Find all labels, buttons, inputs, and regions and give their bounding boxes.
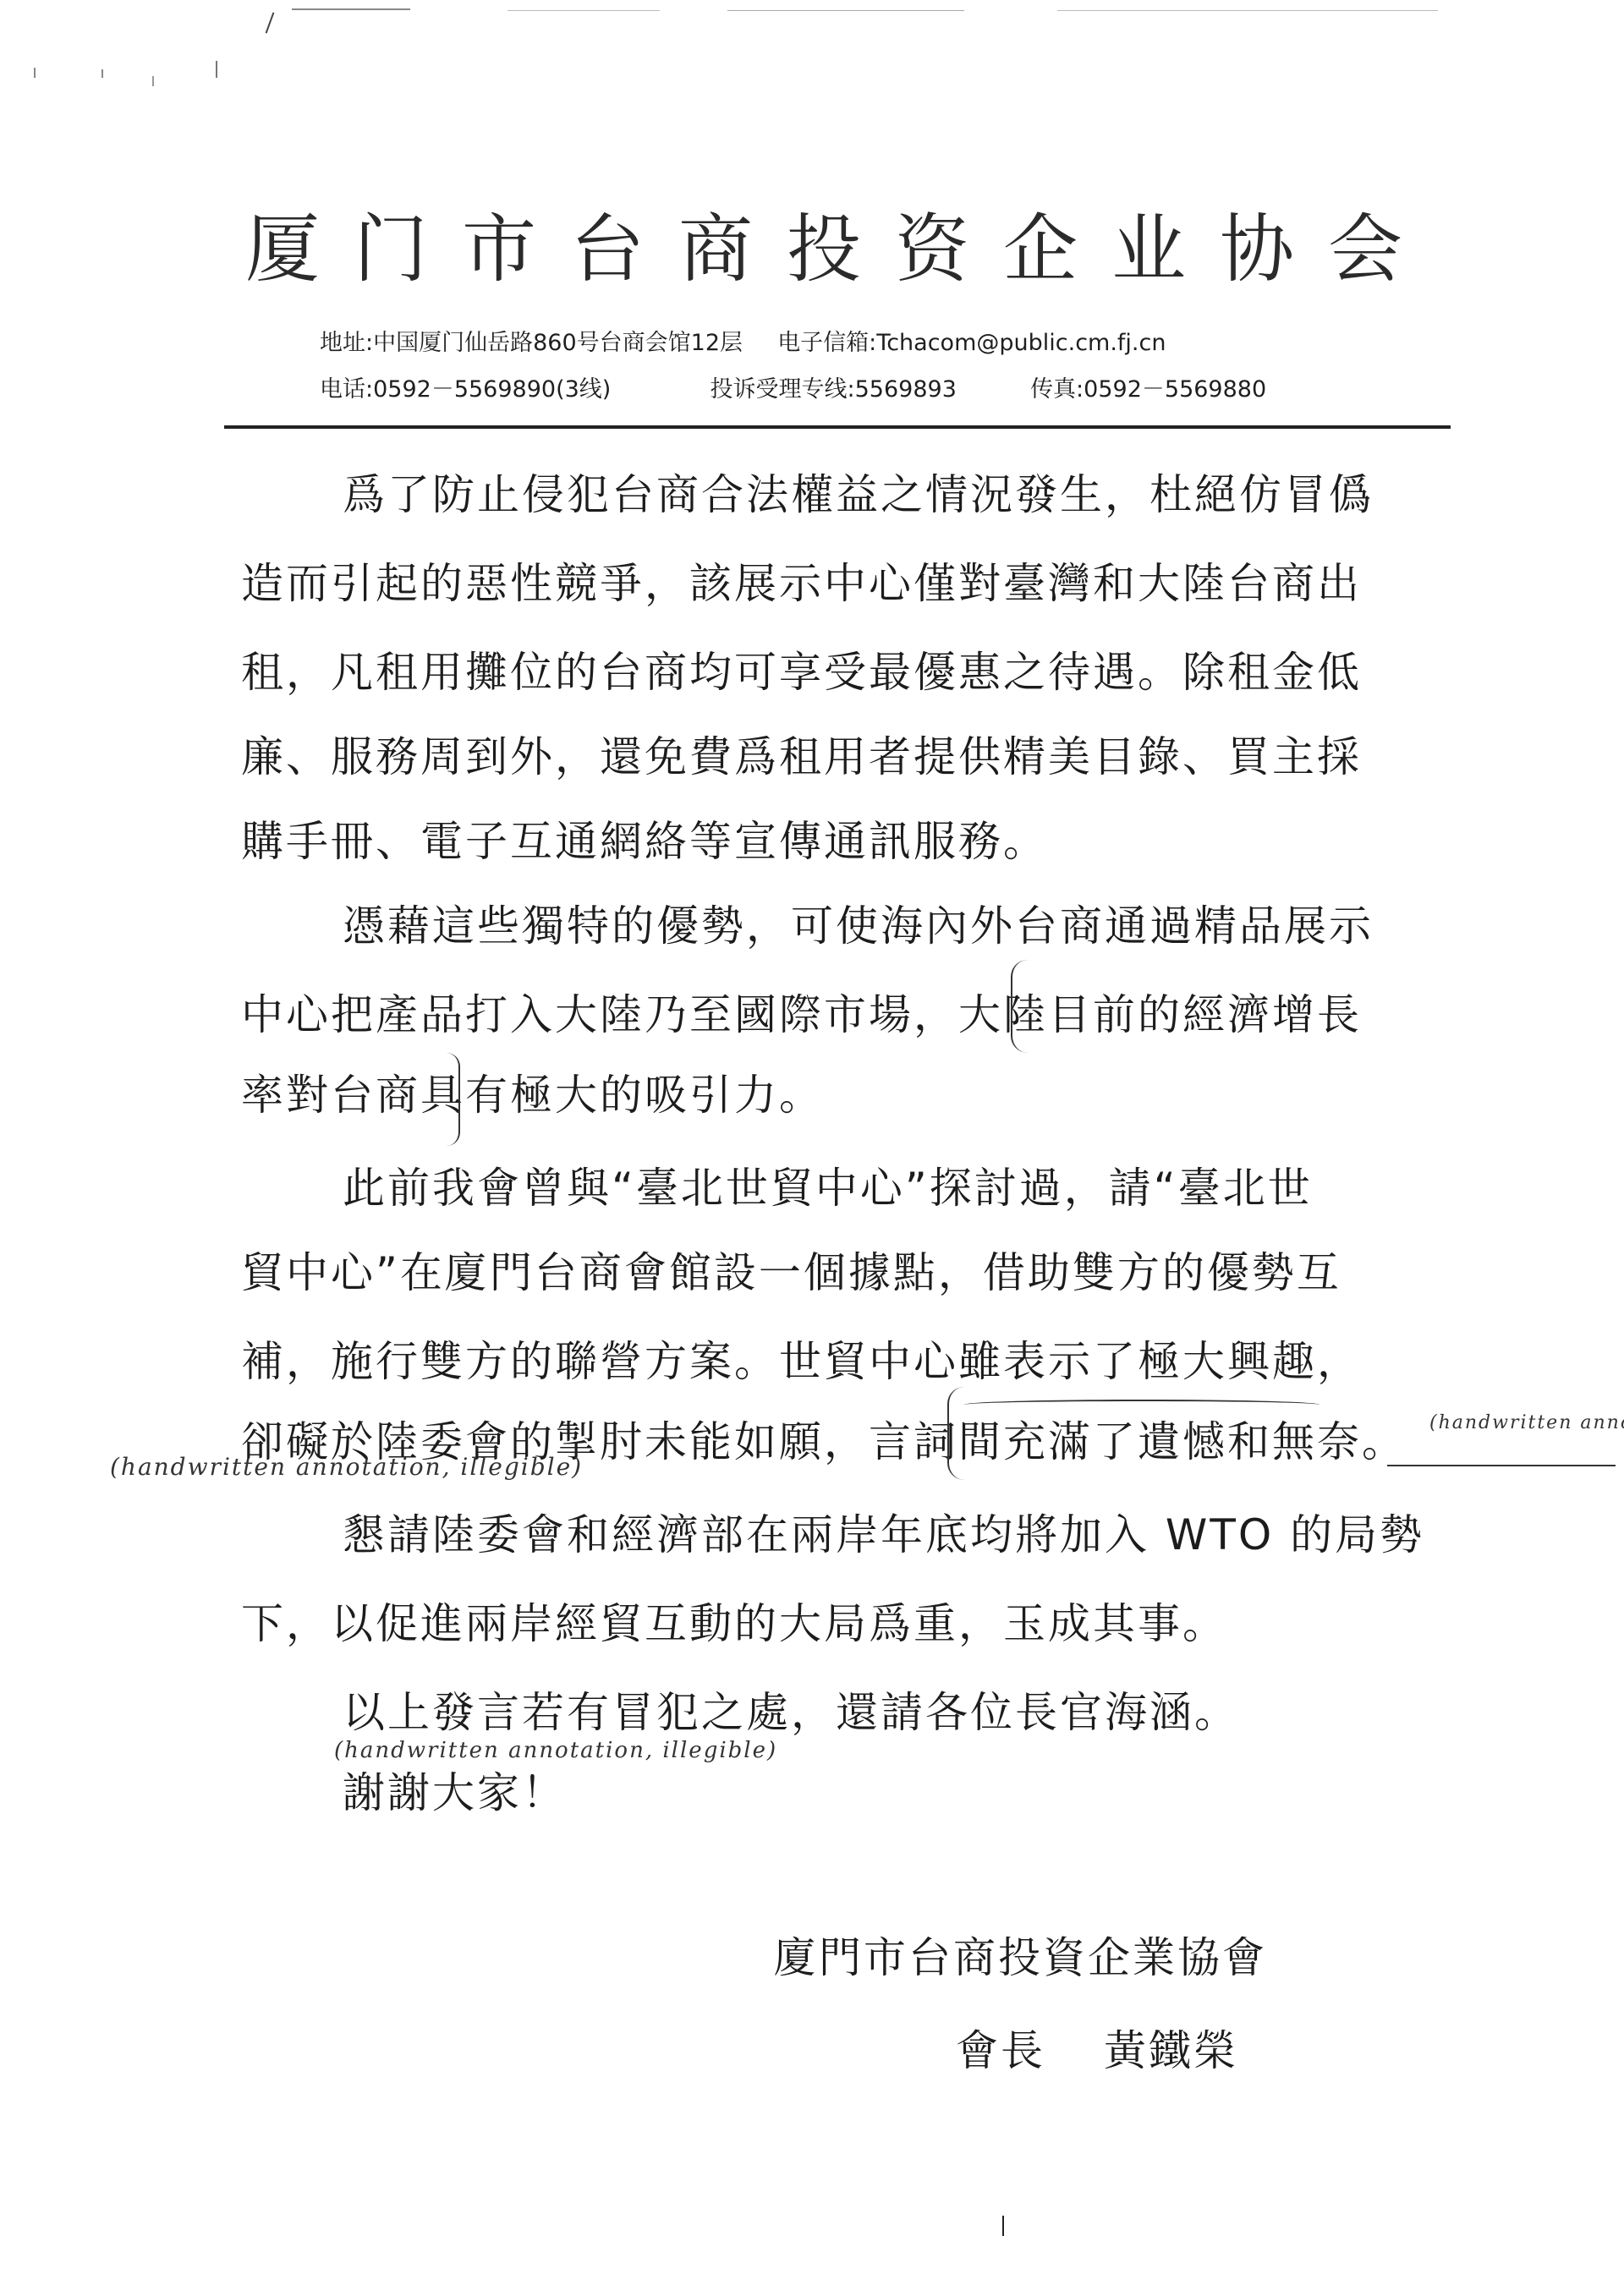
- body-line: 廉、服務周到外，還免費爲租用者提供精美目錄、買主採: [241, 723, 1362, 784]
- fax-label: 传真:: [1030, 370, 1084, 403]
- letterhead-phone-row: 电话:0592－5569890(3线) 投诉受理专线:5569893 传真:05…: [320, 370, 1266, 403]
- letterhead-address-row: 地址:中国厦门仙岳路860号台商会馆12层 电子信箱:Tchacom@publi…: [320, 324, 1166, 357]
- email-label: 电子信箱:: [777, 324, 876, 357]
- address-label: 地址:: [320, 324, 373, 357]
- letterhead-divider: [224, 425, 1451, 429]
- scan-speck: [292, 8, 410, 10]
- body-line: 謝謝大家！: [343, 1759, 567, 1820]
- handwritten-note: (handwritten annotation, illegible): [1429, 1412, 1624, 1433]
- handwritten-bracket: [947, 1387, 964, 1480]
- complaint-label: 投诉受理专线:: [710, 370, 855, 403]
- phone-label: 电话:: [320, 370, 373, 403]
- body-line: 租，凡租用攤位的台商均可享受最優惠之待遇。除租金低: [241, 638, 1362, 699]
- handwritten-overline: [964, 1400, 1319, 1410]
- body-line: 中心把產品打入大陸乃至國際市場，大陸目前的經濟增長: [241, 981, 1362, 1042]
- body-line: 此前我會曾與“臺北世貿中心”探討過，請“臺北世: [343, 1154, 1313, 1215]
- body-line: 貿中心”在廈門台商會館設一個據點，借助雙方的優勢互: [241, 1239, 1341, 1300]
- handwritten-bracket-close: [447, 1053, 460, 1146]
- scan-speck: [507, 10, 660, 11]
- scan-speck: [266, 12, 275, 33]
- body-line: 購手冊、電子互通網絡等宣傳通訊服務。: [241, 808, 1048, 869]
- signature-organization: 廈門市台商投資企業協會: [774, 1924, 1267, 1985]
- email-value: Tchacom@public.cm.fj.cn: [876, 330, 1166, 356]
- signature-name: 黃鐵榮: [1104, 2017, 1238, 2078]
- complaint-value: 5569893: [855, 376, 957, 403]
- handwritten-note: (handwritten annotation, illegible): [110, 1453, 583, 1481]
- scan-speck: [34, 68, 36, 78]
- address-value: 中国厦门仙岳路860号台商会馆12层: [373, 324, 743, 357]
- body-line: 率對台商具有極大的吸引力。: [241, 1061, 824, 1122]
- letterhead-title: 厦门市台商投资企业协会: [245, 190, 1429, 297]
- scan-speck: [152, 76, 154, 86]
- scan-speck: [216, 61, 217, 78]
- scan-speck: [1002, 2216, 1004, 2236]
- body-line: 憑藉這些獨特的優勢，可使海內外台商通過精品展示: [343, 892, 1374, 953]
- handwritten-bracket-open: [1011, 960, 1029, 1053]
- scan-speck: [1057, 10, 1438, 11]
- handwritten-underline: [1387, 1465, 1616, 1475]
- body-line: 下，以促進兩岸經貿互動的大局爲重，玉成其事。: [241, 1590, 1227, 1651]
- body-line: 補，施行雙方的聯營方案。世貿中心雖表示了極大興趣，: [241, 1328, 1362, 1389]
- body-line: 以上發言若有冒犯之處，還請各位長官海涵。: [343, 1679, 1239, 1740]
- scan-speck: [727, 10, 964, 11]
- body-line: 爲了防止侵犯台商合法權益之情況發生，杜絕仿冒僞: [343, 461, 1374, 522]
- body-line: 造而引起的惡性競爭，該展示中心僅對臺灣和大陸台商出: [241, 550, 1362, 611]
- scan-speck: [101, 69, 103, 78]
- scanned-letter-page: 厦门市台商投资企业协会 地址:中国厦门仙岳路860号台商会馆12层 电子信箱:T…: [0, 0, 1624, 2296]
- phone-value: 0592－5569890(3线): [373, 370, 611, 403]
- fax-value: 0592－5569880: [1084, 370, 1266, 403]
- signature-title: 會長: [956, 2017, 1045, 2078]
- body-line: 懇請陸委會和經濟部在兩岸年底均將加入 WTO 的局勢: [343, 1501, 1424, 1562]
